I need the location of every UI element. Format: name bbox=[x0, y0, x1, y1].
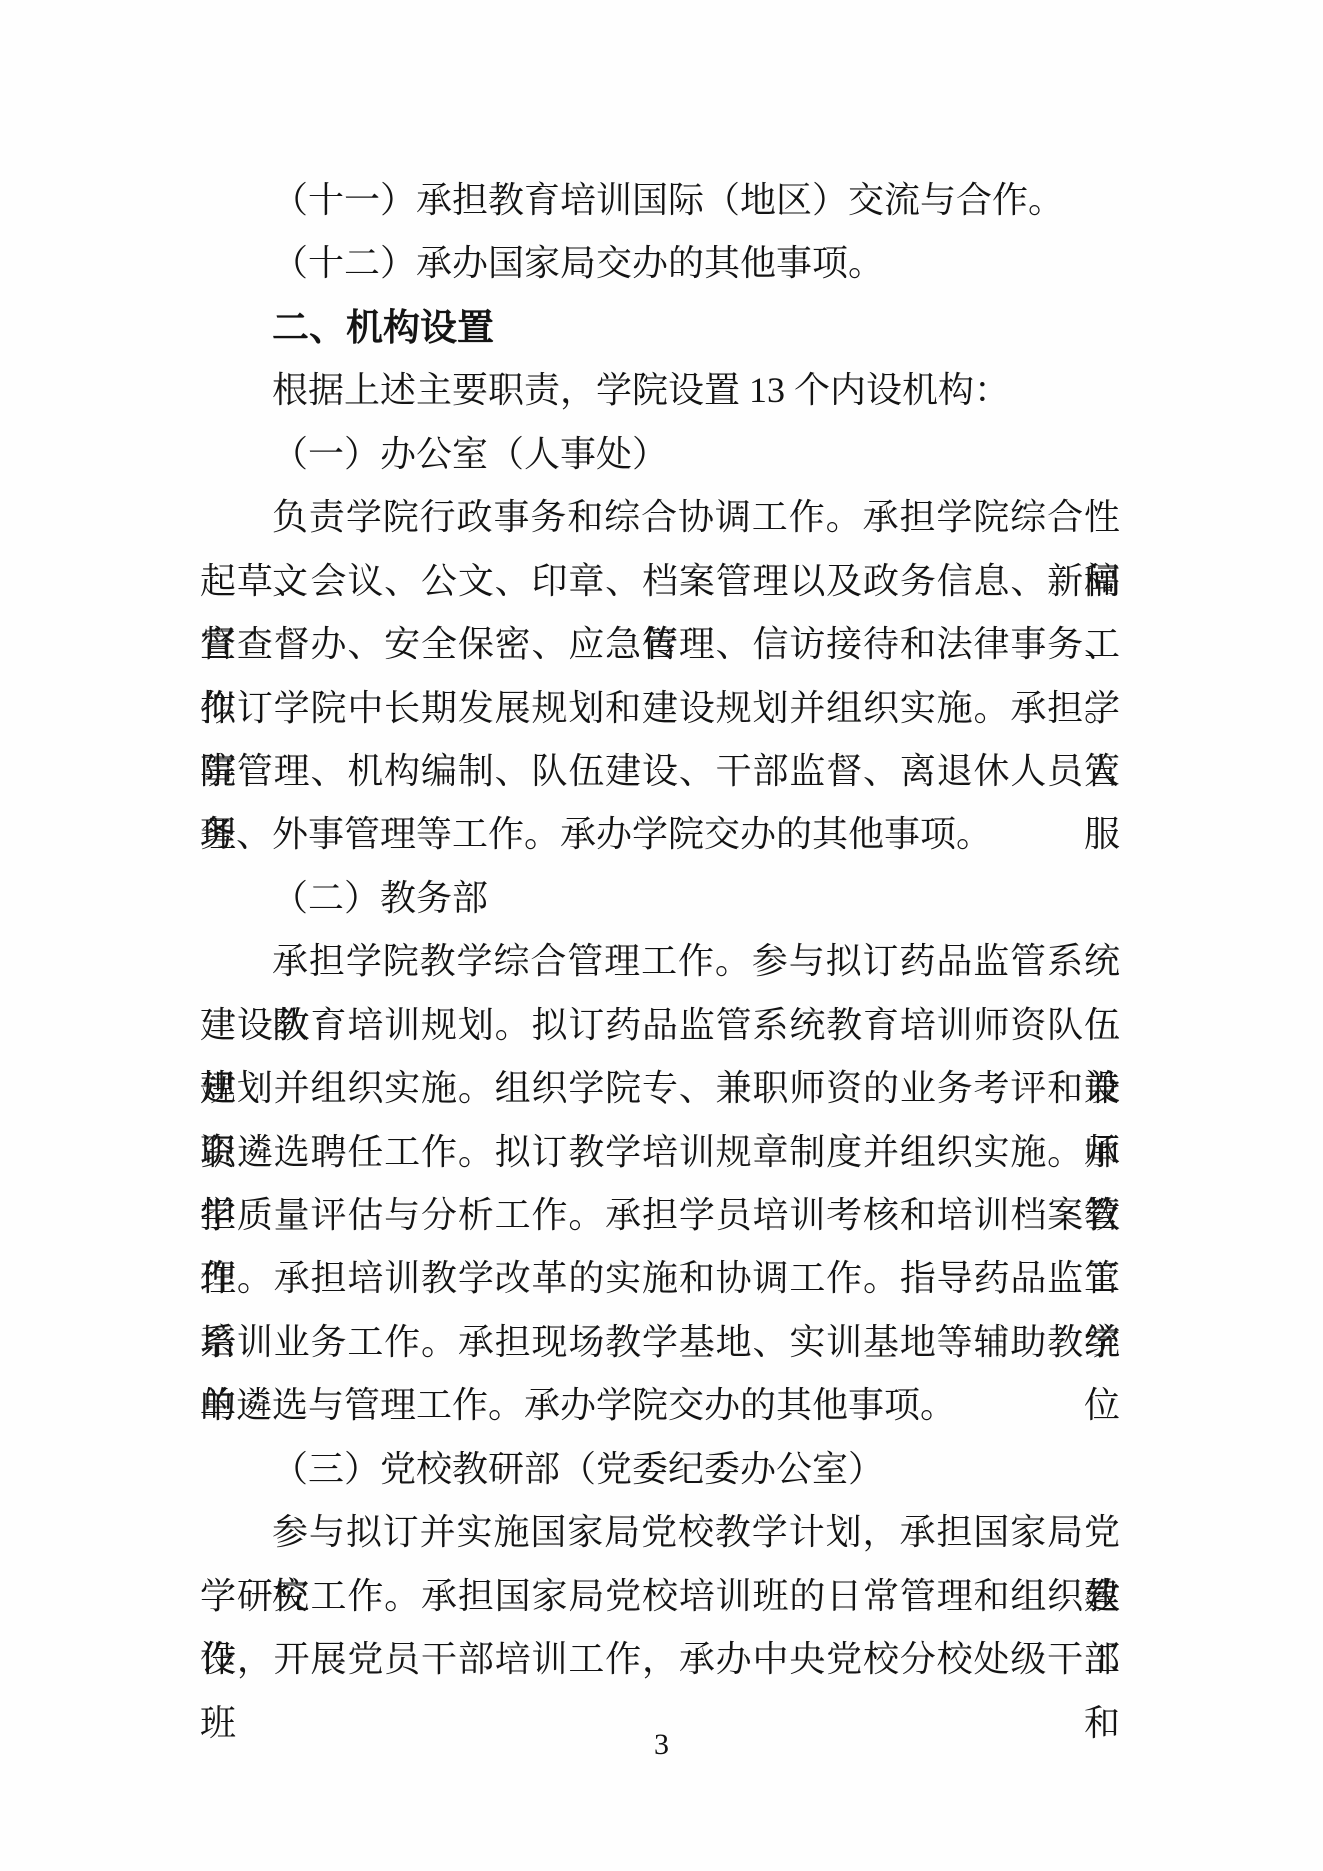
text-line: 二、机构设置 bbox=[200, 296, 1120, 359]
text-line: 督查督办、安全保密、应急管理、信访接待和法律事务工作。 bbox=[200, 613, 1120, 676]
text-line: 事管理、机构编制、队伍建设、干部监督、离退休人员管理服 bbox=[200, 740, 1120, 803]
text-line: 作，开展党员干部培训工作，承办中央党校分校处级干部班和 bbox=[200, 1628, 1120, 1691]
text-line: 起草、会议、公文、印章、档案管理以及政务信息、新闻宣传、 bbox=[200, 550, 1120, 613]
text-line: （二）教务部 bbox=[200, 867, 1120, 930]
text-line: 规划并组织实施。组织学院专、兼职师资的业务考评和兼职师 bbox=[200, 1057, 1120, 1120]
text-line: （十一）承担教育培训国际（地区）交流与合作。 bbox=[200, 169, 1120, 232]
text-block: （十一）承担教育培训国际（地区）交流与合作。（十二）承办国家局交办的其他事项。二… bbox=[200, 169, 1120, 1692]
text-line: 建设教育培训规划。拟订药品监管系统教育培训师资队伍建设 bbox=[200, 994, 1120, 1057]
text-line: 参与拟订并实施国家局党校教学计划，承担国家局党校教 bbox=[200, 1501, 1120, 1564]
text-line: （十二）承办国家局交办的其他事项。 bbox=[200, 232, 1120, 295]
text-line: 承担学院教学综合管理工作。参与拟订药品监管系统队伍 bbox=[200, 930, 1120, 993]
text-line: 培训业务工作。承担现场教学基地、实训基地等辅助教学单位 bbox=[200, 1311, 1120, 1374]
text-line: 根据上述主要职责，学院设置 13 个内设机构： bbox=[200, 359, 1120, 422]
document-page: （十一）承担教育培训国际（地区）交流与合作。（十二）承办国家局交办的其他事项。二… bbox=[0, 0, 1323, 1871]
text-line: 拟订学院中长期发展规划和建设规划并组织实施。承担学院人 bbox=[200, 677, 1120, 740]
text-line: 资遴选聘任工作。拟订教学培训规章制度并组织实施。承担教 bbox=[200, 1121, 1120, 1184]
text-line: 负责学院行政事务和综合协调工作。承担学院综合性文稿 bbox=[200, 486, 1120, 549]
text-line: 作。承担培训教学改革的实施和协调工作。指导药品监管系统 bbox=[200, 1247, 1120, 1310]
text-line: 学质量评估与分析工作。承担学员培训考核和培训档案管理工 bbox=[200, 1184, 1120, 1247]
page-number: 3 bbox=[0, 1728, 1323, 1762]
text-line: 学研究工作。承担国家局党校培训班的日常管理和组织建设工 bbox=[200, 1565, 1120, 1628]
text-line: （三）党校教研部（党委纪委办公室） bbox=[200, 1438, 1120, 1501]
text-line: （一）办公室（人事处） bbox=[200, 423, 1120, 486]
text-line: 务、外事管理等工作。承办学院交办的其他事项。 bbox=[200, 803, 1120, 866]
